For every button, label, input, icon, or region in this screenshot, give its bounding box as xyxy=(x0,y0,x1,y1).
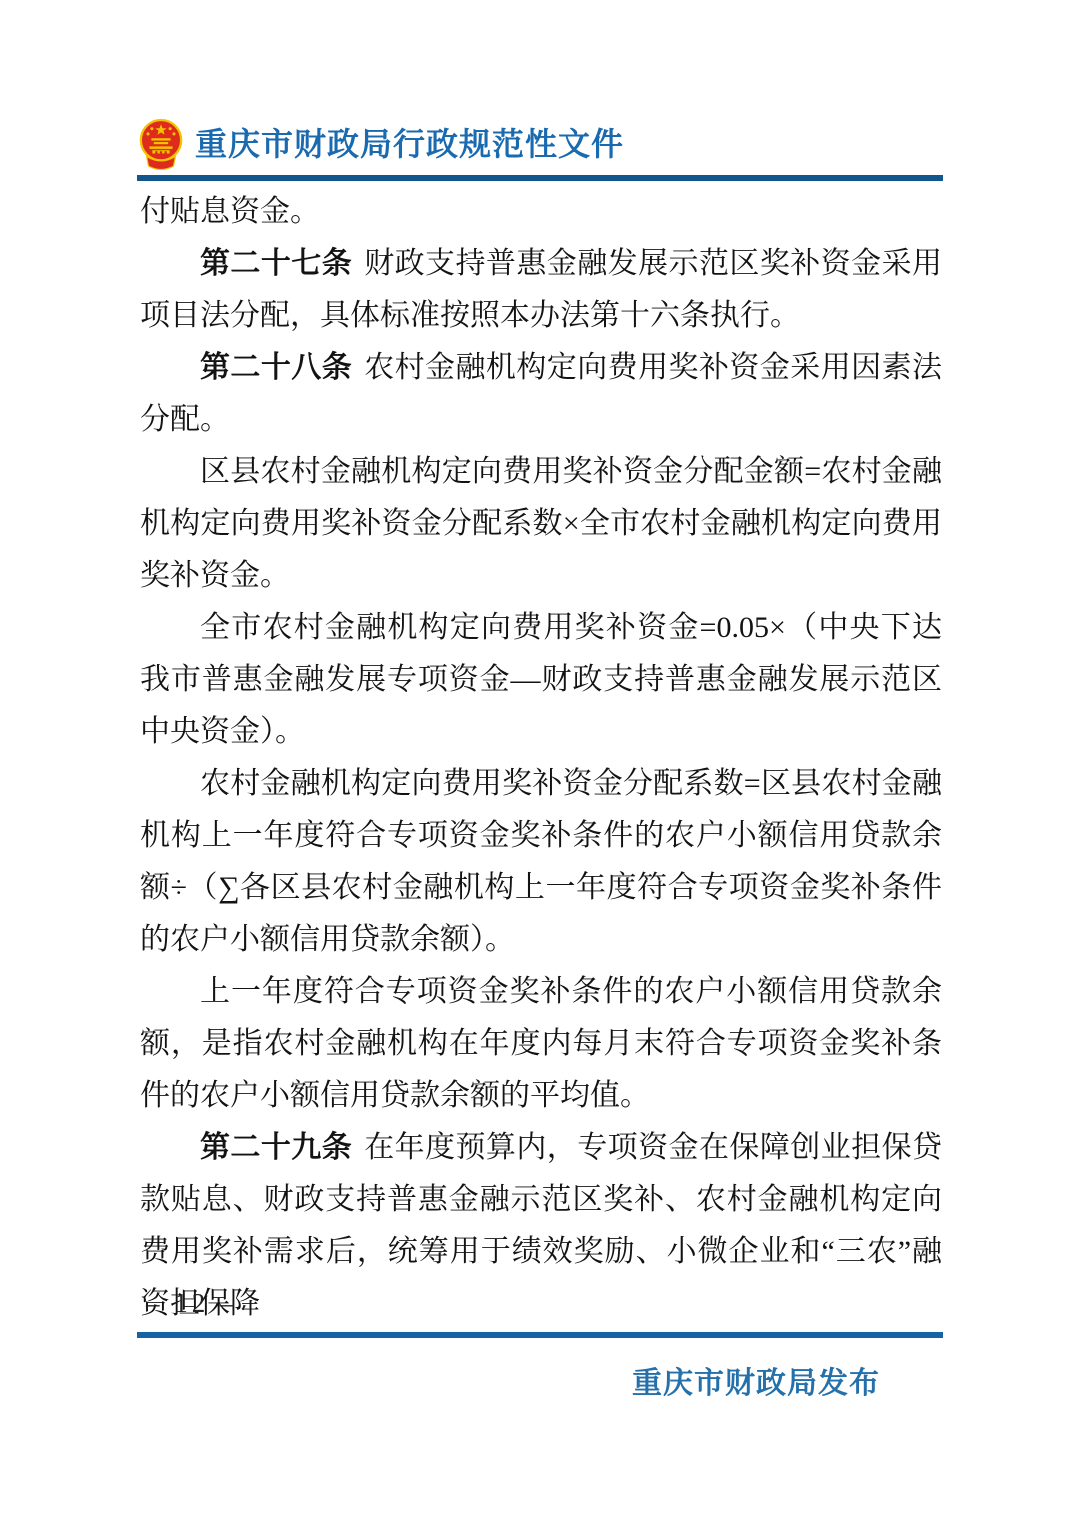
paragraph-text: 付贴息资金。 xyxy=(140,195,320,228)
header-divider xyxy=(137,175,943,181)
article-number: 第二十七条 xyxy=(200,247,352,280)
article-number: 第二十九条 xyxy=(200,1131,352,1164)
paragraph: 全市农村金融机构定向费用奖补资金=0.05×（中央下达我市普惠金融发展专项资金—… xyxy=(140,602,942,758)
paragraph: 付贴息资金。 xyxy=(140,186,942,238)
article-number: 第二十八条 xyxy=(200,351,352,384)
footer-divider xyxy=(137,1332,943,1338)
paragraph: 第二十七条财政支持普惠金融发展示范区奖补资金采用项目法分配，具体标准按照本办法第… xyxy=(140,238,942,342)
paragraph: 第二十九条在年度预算内，专项资金在保障创业担保贷款贴息、财政支持普惠金融示范区奖… xyxy=(140,1122,942,1330)
paragraph: 第二十八条农村金融机构定向费用奖补资金采用因素法分配。 xyxy=(140,342,942,446)
paragraph-text: 区县农村金融机构定向费用奖补资金分配金额=农村金融机构定向费用奖补资金分配系数×… xyxy=(140,455,942,592)
paragraph: 区县农村金融机构定向费用奖补资金分配金额=农村金融机构定向费用奖补资金分配系数×… xyxy=(140,446,942,602)
paragraph: 上一年度符合专项资金奖补条件的农户小额信用贷款余额，是指农村金融机构在年度内每月… xyxy=(140,966,942,1122)
national-emblem-icon xyxy=(137,118,185,170)
paragraph-text: 上一年度符合专项资金奖补条件的农户小额信用贷款余额，是指农村金融机构在年度内每月… xyxy=(140,975,942,1112)
document-body: 付贴息资金。 第二十七条财政支持普惠金融发展示范区奖补资金采用项目法分配，具体标… xyxy=(140,186,942,1330)
document-type-title: 重庆市财政局行政规范性文件 xyxy=(195,118,624,170)
publisher-label: 重庆市财政局发布 xyxy=(632,1358,880,1402)
document-header: 重庆市财政局行政规范性文件 xyxy=(137,118,943,170)
document-page: 重庆市财政局行政规范性文件 付贴息资金。 第二十七条财政支持普惠金融发展示范区奖… xyxy=(0,0,1074,1520)
paragraph-text: 农村金融机构定向费用奖补资金分配系数=区县农村金融机构上一年度符合专项资金奖补条… xyxy=(140,767,942,956)
page-number: – 12 – xyxy=(146,1288,238,1319)
paragraph-text: 全市农村金融机构定向费用奖补资金=0.05×（中央下达我市普惠金融发展专项资金—… xyxy=(140,611,942,748)
paragraph: 农村金融机构定向费用奖补资金分配系数=区县农村金融机构上一年度符合专项资金奖补条… xyxy=(140,758,942,966)
